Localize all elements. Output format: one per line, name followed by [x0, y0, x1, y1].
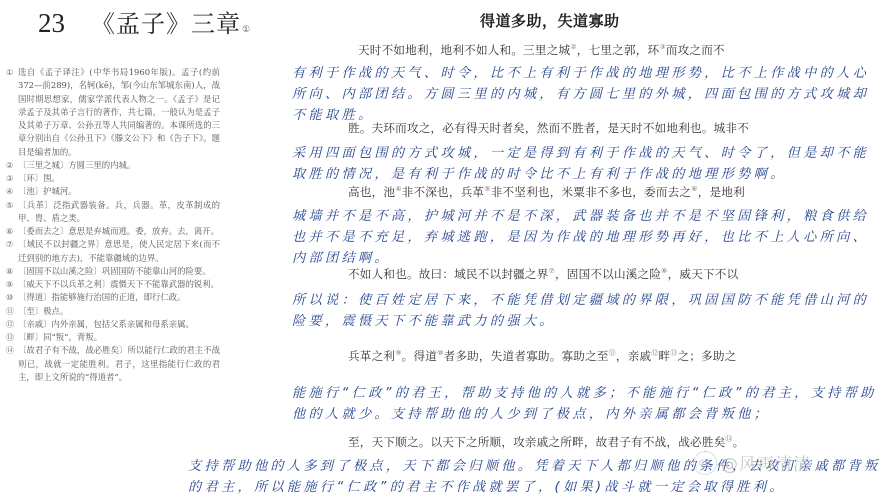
original-text: ，固国不以山溪之险 [555, 267, 661, 281]
original-text: 畔 [658, 349, 670, 363]
original-text: 非不深也，兵革 [402, 185, 485, 199]
footnotes-column: ①选自《孟子译注》(中华书局1960年版)。孟子(约前372—前289)，名轲(… [6, 66, 220, 384]
footnote-text: 〔委而去之〕意思是弃城而逃。委，放弃。去，离开。 [18, 225, 220, 238]
original-text: 天时不如地利，地利不如人和。三里之城 [358, 43, 570, 57]
original-text: ，是地利 [698, 185, 745, 199]
footnote-text: 〔兵革〕泛指武器装备。兵，兵器。革，皮革制成的甲、胄、盾之类。 [18, 199, 220, 226]
footnote-text: 〔故君子有不战，战必胜矣〕所以能行仁政的君主不战则已，战就一定能胜利。君子，这里… [18, 344, 220, 384]
watermark: du @风再清清 [693, 450, 811, 475]
original-text: 至，天下顺之。以天下之所顺，攻亲戚之所畔，故君子有不战，战必胜矣 [348, 435, 725, 449]
footnote-marker: ③ [6, 172, 18, 185]
footnote-marker: ⑬ [6, 331, 18, 344]
original-text: 者多助，失道者寡助。寡助之至 [444, 349, 609, 363]
handwritten-translation: 采用四面包围的方式攻城，一定是得到有利于作战的天气、时令了，但是却不能取胜的情况… [292, 143, 884, 185]
footnote: ⑪〔至〕极点。 [6, 305, 220, 318]
footnote: ⑬〔畔〕同“叛”，背叛。 [6, 331, 220, 344]
lesson-number: 23 [38, 8, 65, 39]
footnote: ①选自《孟子译注》(中华书局1960年版)。孟子(约前372—前289)，名轲(… [6, 66, 220, 159]
footnote: ②〔三里之城〕方圆三里的内城。 [6, 159, 220, 172]
original-text: 非不坚利也，米粟非不多也，委而去之 [491, 185, 692, 199]
footnote-marker: ⑤ [6, 199, 18, 212]
footnote-text: 选自《孟子译注》(中华书局1960年版)。孟子(约前372—前289)，名轲(k… [18, 66, 220, 159]
original-text-line: 不如人和也。故曰：域民不以封疆之界⑦，固国不以山溪之险⑧，威天下不以 [348, 266, 738, 282]
footnote: ⑨〔威天下不以兵革之利〕震慑天下不能靠武器的锐利。 [6, 278, 220, 291]
footnote-ref: ⑪ [609, 349, 616, 357]
footnote: ⑩〔得道〕指能够施行治国的正道，即行仁政。 [6, 291, 220, 304]
footnote-marker: ② [6, 159, 18, 172]
footnote: ③〔环〕围。 [6, 172, 220, 185]
original-text: 胜。夫环而攻之，必有得天时者矣，然而不胜者，是天时不如地利也。城非不 [348, 121, 749, 135]
footnote-marker: ④ [6, 185, 18, 198]
original-text: 之；多助之 [677, 349, 736, 363]
original-text-line: 兵革之利⑨。得道⑩者多助，失道者寡助。寡助之至⑪，亲戚⑫畔⑬之；多助之 [348, 348, 736, 364]
handwritten-translation: 能施行“仁政”的君王，帮助支持他的人就多；不能施行“仁政”的君主，支持帮助他的人… [292, 383, 884, 425]
footnote: ⑤〔兵革〕泛指武器装备。兵，兵器。革，皮革制成的甲、胄、盾之类。 [6, 199, 220, 226]
footnote-text: 〔固国不以山溪之险〕巩固国防不能靠山河的险要。 [18, 265, 220, 278]
footnote: ⑭〔故君子有不战，战必胜矣〕所以能行仁政的君主不战则已，战就一定能胜利。君子，这… [6, 344, 220, 384]
footnote: ⑧〔固国不以山溪之险〕巩固国防不能靠山河的险要。 [6, 265, 220, 278]
footnote: ⑦〔域民不以封疆之界〕意思是，使人民定居下来(而不迁到别的地方去)，不能靠疆域的… [6, 238, 220, 265]
footnote-marker: ⑭ [6, 344, 18, 357]
original-text: ，威天下不以 [668, 267, 739, 281]
footnote-marker: ⑨ [6, 278, 18, 291]
footnote-ref: ⑭ [725, 435, 732, 443]
footnote: ⑥〔委而去之〕意思是弃城而逃。委，放弃。去，离开。 [6, 225, 220, 238]
footnote-marker: ⑦ [6, 238, 18, 251]
footnote-text: 〔池〕护城河。 [18, 185, 220, 198]
footnote-marker: ⑪ [6, 305, 18, 318]
footnote-marker: ⑩ [6, 291, 18, 304]
footnote-text: 〔威天下不以兵革之利〕震慑天下不能靠武器的锐利。 [18, 278, 220, 291]
footnote-marker: ① [6, 66, 18, 79]
handwritten-translation: 城墙并不是不高，护城河并不是不深，武器装备也并不是不坚固锋利，粮食供给也并不是不… [292, 206, 884, 269]
watermark-text: @风再清清 [721, 450, 811, 475]
footnote-text: 〔畔〕同“叛”，背叛。 [18, 331, 220, 344]
original-text-line: 至，天下顺之。以天下之所顺，攻亲戚之所畔，故君子有不战，战必胜矣⑭。 [348, 434, 744, 450]
footnote-text: 〔得道〕指能够施行治国的正道，即行仁政。 [18, 291, 220, 304]
original-text: 高也，池 [348, 185, 395, 199]
watermark-logo-icon: du [693, 451, 717, 475]
handwritten-translation: 所以说：使百姓定居下来，不能凭借划定疆域的界限，巩固国防不能凭借山河的险要，震慑… [292, 290, 884, 332]
footnote-text: 〔亲戚〕内外亲属，包括父系亲属和母系亲属。 [18, 318, 220, 331]
footnote: ⑫〔亲戚〕内外亲属，包括父系亲属和母系亲属。 [6, 318, 220, 331]
original-text-line: 天时不如地利，地利不如人和。三里之城②，七里之郭，环③而攻之而不 [358, 42, 725, 58]
footnote-text: 〔三里之城〕方圆三里的内城。 [18, 159, 220, 172]
lesson-header: 23 《孟子》三章 ① [38, 4, 250, 44]
original-text: 兵革之利 [348, 349, 395, 363]
footnote-marker: ⑫ [6, 318, 18, 331]
original-text: 而攻之而不 [666, 43, 725, 57]
original-text: 。得道 [402, 349, 437, 363]
footnote-marker: ⑧ [6, 265, 18, 278]
original-text: 不如人和也。故曰：域民不以封疆之界 [348, 267, 549, 281]
section-title: 得道多助，失道寡助 [480, 10, 620, 31]
title-footnote-marker: ① [242, 25, 250, 35]
lesson-title: 《孟子》三章 [91, 4, 241, 39]
original-text: ，七里之郭，环 [577, 43, 660, 57]
original-text: ，亲戚 [616, 349, 651, 363]
footnote-marker: ⑥ [6, 225, 18, 238]
footnote-text: 〔环〕围。 [18, 172, 220, 185]
original-text-line: 胜。夫环而攻之，必有得天时者矣，然而不胜者，是天时不如地利也。城非不 [348, 120, 749, 136]
footnote: ④〔池〕护城河。 [6, 185, 220, 198]
footnote-text: 〔域民不以封疆之界〕意思是，使人民定居下来(而不迁到别的地方去)，不能靠疆域的边… [18, 238, 220, 265]
original-text-line: 高也，池④非不深也，兵革⑤非不坚利也，米粟非不多也，委而去之⑥，是地利 [348, 184, 745, 200]
handwritten-translation: 有利于作战的天气、时令，比不上有利于作战的地理形势，比不上作战中的人心所向、内部… [292, 63, 884, 126]
footnote-text: 〔至〕极点。 [18, 305, 220, 318]
original-text: 。 [733, 435, 745, 449]
